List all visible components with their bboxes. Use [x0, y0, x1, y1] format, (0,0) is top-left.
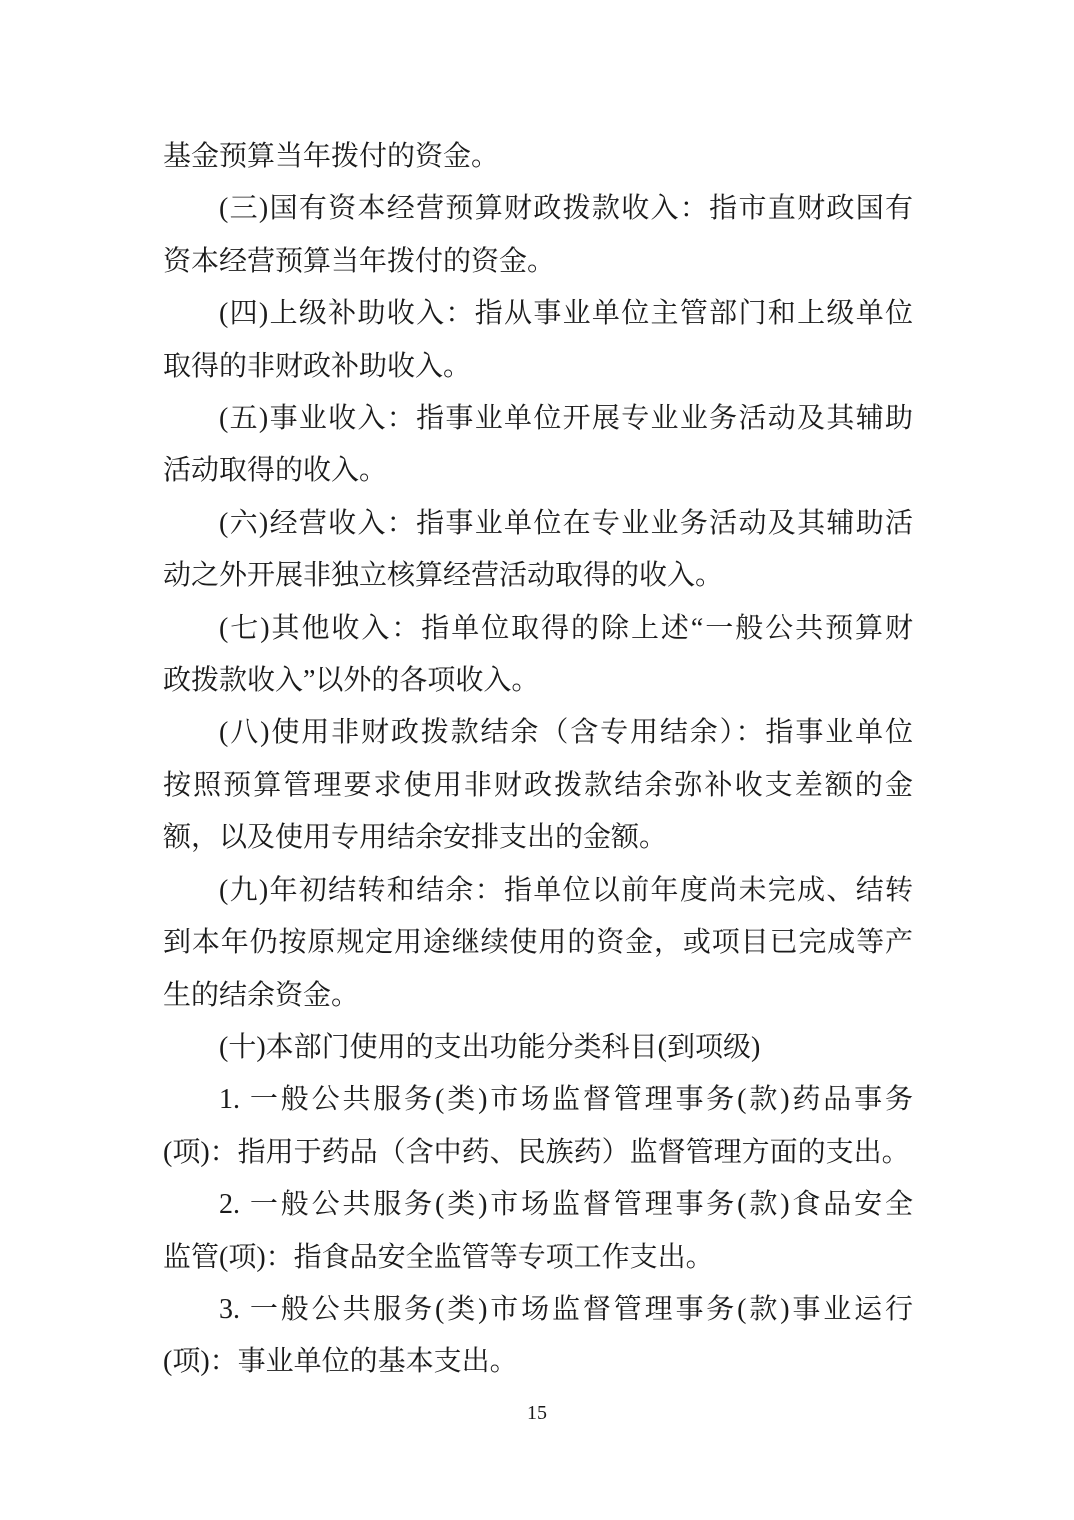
text-line: (五)事业收入：指事业单位开展专业业务活动及其辅助	[163, 393, 913, 445]
text-line: 3. 一般公共服务(类)市场监督管理事务(款)事业运行	[163, 1284, 913, 1336]
text-line: 基金预算当年拨付的资金。	[163, 131, 913, 183]
text-line: 资本经营预算当年拨付的资金。	[163, 236, 913, 288]
text-line: 按照预算管理要求使用非财政拨款结余弥补收支差额的金	[163, 760, 913, 812]
text-line: (八)使用非财政拨款结余（含专用结余）：指事业单位	[163, 707, 913, 759]
text-line: 活动取得的收入。	[163, 445, 913, 497]
text-line: (项)：事业单位的基本支出。	[163, 1336, 913, 1388]
text-line: (十)本部门使用的支出功能分类科目(到项级)	[163, 1022, 913, 1074]
document-body: 基金预算当年拨付的资金。(三)国有资本经营预算财政拨款收入：指市直财政国有资本经…	[163, 131, 913, 1389]
text-line: 1. 一般公共服务(类)市场监督管理事务(款)药品事务	[163, 1074, 913, 1126]
text-line: (九)年初结转和结余：指单位以前年度尚未完成、结转	[163, 865, 913, 917]
text-line: 动之外开展非独立核算经营活动取得的收入。	[163, 550, 913, 602]
text-line: 额，以及使用专用结余安排支出的金额。	[163, 812, 913, 864]
text-line: 到本年仍按原规定用途继续使用的资金，或项目已完成等产	[163, 917, 913, 969]
text-line: (七)其他收入：指单位取得的除上述“一般公共预算财	[163, 603, 913, 655]
text-line: (六)经营收入：指事业单位在专业业务活动及其辅助活	[163, 498, 913, 550]
document-page: 基金预算当年拨付的资金。(三)国有资本经营预算财政拨款收入：指市直财政国有资本经…	[0, 0, 1074, 1520]
text-line: 2. 一般公共服务(类)市场监督管理事务(款)食品安全	[163, 1179, 913, 1231]
text-line: (四)上级补助收入：指从事业单位主管部门和上级单位	[163, 288, 913, 340]
text-line: 监管(项)：指食品安全监管等专项工作支出。	[163, 1232, 913, 1284]
text-line: 取得的非财政补助收入。	[163, 341, 913, 393]
page-number: 15	[0, 1402, 1074, 1425]
text-line: (三)国有资本经营预算财政拨款收入：指市直财政国有	[163, 183, 913, 235]
text-line: 政拨款收入”以外的各项收入。	[163, 655, 913, 707]
text-line: (项)：指用于药品（含中药、民族药）监督管理方面的支出。	[163, 1127, 913, 1179]
text-line: 生的结余资金。	[163, 970, 913, 1022]
